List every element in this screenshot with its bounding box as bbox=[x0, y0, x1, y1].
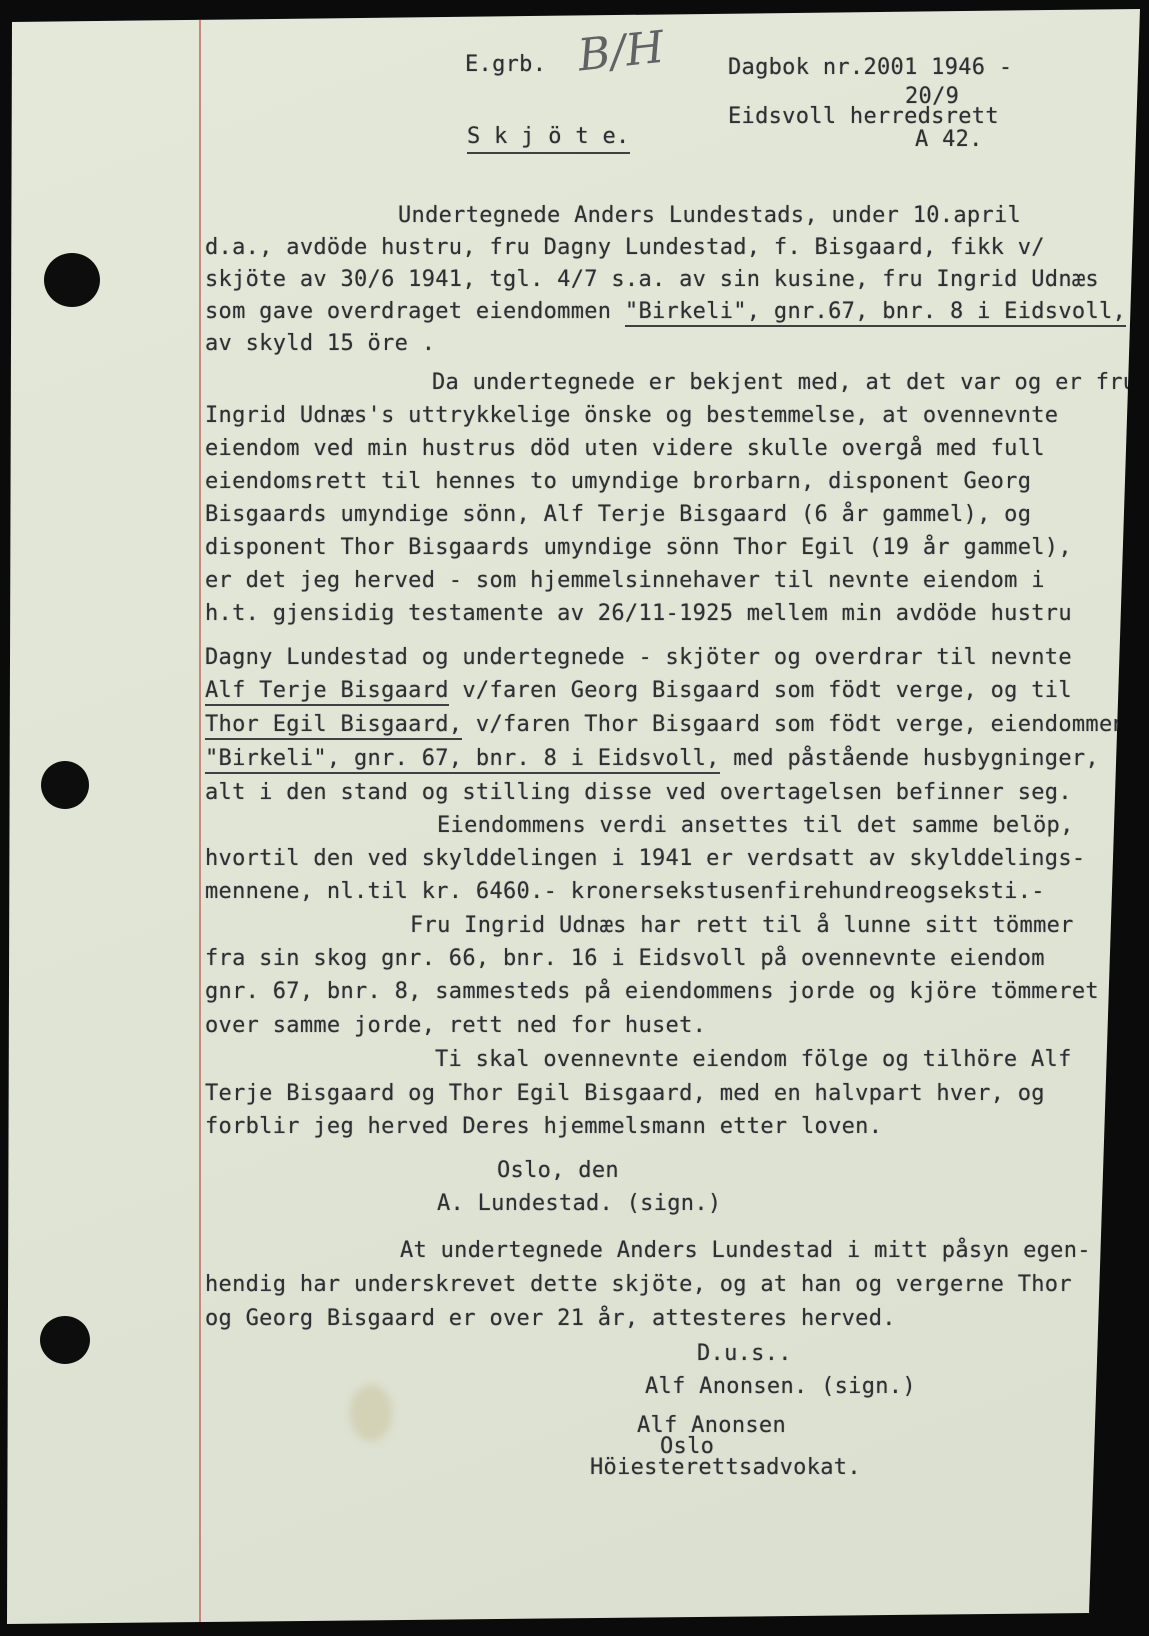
text-line: er det jeg herved - som hjemmelsinnehave… bbox=[205, 568, 1045, 594]
text-line: fra sin skog gnr. 66, bnr. 16 i Eidsvoll… bbox=[205, 946, 1045, 972]
text-line: Ingrid Udnæs's uttrykkelige önske og bes… bbox=[205, 403, 1058, 429]
text-line: D.u.s.. bbox=[697, 1341, 792, 1367]
text-line: av skyld 15 öre . bbox=[205, 331, 435, 357]
text-line: At undertegnede Anders Lundestad i mitt … bbox=[400, 1238, 1091, 1264]
text-segment: Undertegnede Anders Lundestads, under 10… bbox=[398, 203, 1021, 228]
punch-hole bbox=[44, 253, 100, 307]
text-line: Oslo, den bbox=[497, 1158, 619, 1184]
text-line: skjöte av 30/6 1941, tgl. 4/7 s.a. av si… bbox=[205, 267, 1099, 293]
text-line: Bisgaards umyndige sönn, Alf Terje Bisga… bbox=[205, 502, 1031, 528]
text-line: mennene, nl.til kr. 6460.- kronersekstus… bbox=[205, 879, 1045, 905]
text-segment: eiendomsrett til hennes to umyndige bror… bbox=[205, 469, 1031, 494]
text-line: hvortil den ved skylddelingen i 1941 er … bbox=[205, 846, 1085, 872]
text-segment: disponent Thor Bisgaards umyndige sönn T… bbox=[205, 535, 1072, 560]
text-segment: Höiesterettsadvokat. bbox=[590, 1455, 861, 1480]
text-segment: eiendom ved min hustrus död uten videre … bbox=[205, 436, 1045, 461]
text-segment: forblir jeg herved Deres hjemmelsmann et… bbox=[205, 1114, 882, 1139]
text-segment: Terje Bisgaard og Thor Egil Bisgaard, me… bbox=[205, 1081, 1045, 1106]
handwritten-mark: B/H bbox=[576, 22, 667, 82]
text-line: eiendomsrett til hennes to umyndige bror… bbox=[205, 469, 1031, 495]
text-segment: skjöte av 30/6 1941, tgl. 4/7 s.a. av si… bbox=[205, 267, 1099, 292]
text-segment: med påstående husbygninger, bbox=[720, 746, 1099, 771]
text-line: Terje Bisgaard og Thor Egil Bisgaard, me… bbox=[205, 1081, 1045, 1107]
text-line: d.a., avdöde hustru, fru Dagny Lundestad… bbox=[205, 235, 1045, 261]
text-line: A. Lundestad. (sign.) bbox=[437, 1191, 721, 1217]
text-segment: over samme jorde, rett ned for huset. bbox=[205, 1013, 706, 1038]
text-segment: A. Lundestad. (sign.) bbox=[437, 1191, 721, 1216]
text-line: Undertegnede Anders Lundestads, under 10… bbox=[398, 203, 1021, 229]
court-name: Eidsvoll herredsrett bbox=[728, 104, 999, 129]
text-line: hendig har underskrevet dette skjöte, og… bbox=[205, 1272, 1072, 1298]
scanned-document-page: E.grb. B/H Dagbok nr.2001 1946 - 20/9 Ei… bbox=[0, 0, 1149, 1636]
case-reference: A 42. bbox=[915, 127, 983, 152]
punch-hole bbox=[40, 1316, 90, 1364]
punch-hole bbox=[41, 761, 89, 809]
text-line: Alf Terje Bisgaard v/faren Georg Bisgaar… bbox=[205, 678, 1072, 704]
paper-sheet: E.grb. B/H Dagbok nr.2001 1946 - 20/9 Ei… bbox=[0, 0, 1149, 1636]
text-segment: Eiendommens verdi ansettes til det samme… bbox=[437, 813, 1074, 838]
text-segment: v/faren Thor Bisgaard som födt verge, ei… bbox=[462, 712, 1126, 737]
text-line: disponent Thor Bisgaards umyndige sönn T… bbox=[205, 535, 1072, 561]
text-segment: Ingrid Udnæs's uttrykkelige önske og bes… bbox=[205, 403, 1058, 428]
header-egrb-label: E.grb. bbox=[465, 52, 546, 77]
text-line: Fru Ingrid Udnæs har rett til å lunne si… bbox=[410, 913, 1074, 939]
text-segment: Alf Anonsen. (sign.) bbox=[645, 1374, 916, 1399]
text-segment: som gave overdraget eiendommen bbox=[205, 299, 625, 324]
text-line: Da undertegnede er bekjent med, at det v… bbox=[432, 370, 1136, 396]
document-title-text: S k j ö t e. bbox=[467, 124, 630, 154]
text-segment: hendig har underskrevet dette skjöte, og… bbox=[205, 1272, 1072, 1297]
document-title: S k j ö t e. bbox=[467, 124, 630, 149]
red-margin-line bbox=[199, 0, 201, 1636]
text-line: Höiesterettsadvokat. bbox=[590, 1455, 861, 1481]
text-segment: mennene, nl.til kr. 6460.- kronersekstus… bbox=[205, 879, 1045, 904]
underlined-text: "Birkeli", gnr.67, bnr. 8 i Eidsvoll, bbox=[625, 299, 1126, 327]
text-segment: h.t. gjensidig testamente av 26/11-1925 … bbox=[205, 601, 1072, 626]
underlined-text: Alf Terje Bisgaard bbox=[205, 678, 449, 706]
text-segment: gnr. 67, bnr. 8, sammesteds på eiendomme… bbox=[205, 979, 1099, 1004]
paper-stain bbox=[350, 1385, 392, 1441]
text-segment: Oslo, den bbox=[497, 1158, 619, 1183]
text-segment: og Georg Bisgaard er over 21 år, atteste… bbox=[205, 1306, 896, 1331]
text-segment: D.u.s.. bbox=[697, 1341, 792, 1366]
text-segment: hvortil den ved skylddelingen i 1941 er … bbox=[205, 846, 1085, 871]
text-segment: av skyld 15 öre . bbox=[205, 331, 435, 356]
text-line: over samme jorde, rett ned for huset. bbox=[205, 1013, 706, 1039]
text-segment: Ti skal ovennevnte eiendom fölge og tilh… bbox=[435, 1047, 1072, 1072]
underlined-text: Thor Egil Bisgaard, bbox=[205, 712, 462, 740]
text-line: Alf Anonsen. (sign.) bbox=[645, 1374, 916, 1400]
text-line: forblir jeg herved Deres hjemmelsmann et… bbox=[205, 1114, 882, 1140]
text-segment: Dagny Lundestad og undertegnede - skjöte… bbox=[205, 645, 1072, 670]
text-segment: Fru Ingrid Udnæs har rett til å lunne si… bbox=[410, 913, 1074, 938]
text-line: Eiendommens verdi ansettes til det samme… bbox=[437, 813, 1074, 839]
text-segment: v/faren Georg Bisgaard som födt verge, o… bbox=[449, 678, 1072, 703]
text-line: Ti skal ovennevnte eiendom fölge og tilh… bbox=[435, 1047, 1072, 1073]
text-line: gnr. 67, bnr. 8, sammesteds på eiendomme… bbox=[205, 979, 1099, 1005]
text-segment: Da undertegnede er bekjent med, at det v… bbox=[432, 370, 1136, 395]
text-segment: Bisgaards umyndige sönn, Alf Terje Bisga… bbox=[205, 502, 1031, 527]
text-line: som gave overdraget eiendommen "Birkeli"… bbox=[205, 299, 1126, 325]
text-line: eiendom ved min hustrus död uten videre … bbox=[205, 436, 1045, 462]
text-line: og Georg Bisgaard er over 21 år, atteste… bbox=[205, 1306, 896, 1332]
text-segment: At undertegnede Anders Lundestad i mitt … bbox=[400, 1238, 1091, 1263]
text-line: h.t. gjensidig testamente av 26/11-1925 … bbox=[205, 601, 1072, 627]
underlined-text: "Birkeli", gnr. 67, bnr. 8 i Eidsvoll, bbox=[205, 746, 720, 774]
text-segment: fra sin skog gnr. 66, bnr. 16 i Eidsvoll… bbox=[205, 946, 1045, 971]
text-line: Thor Egil Bisgaard, v/faren Thor Bisgaar… bbox=[205, 712, 1126, 738]
text-line: Dagny Lundestad og undertegnede - skjöte… bbox=[205, 645, 1072, 671]
text-line: "Birkeli", gnr. 67, bnr. 8 i Eidsvoll, m… bbox=[205, 746, 1099, 772]
text-segment: er det jeg herved - som hjemmelsinnehave… bbox=[205, 568, 1045, 593]
text-segment: d.a., avdöde hustru, fru Dagny Lundestad… bbox=[205, 235, 1045, 260]
text-segment: alt i den stand og stilling disse ved ov… bbox=[205, 780, 1072, 805]
journal-number: Dagbok nr.2001 1946 - bbox=[728, 55, 1012, 80]
text-line: alt i den stand og stilling disse ved ov… bbox=[205, 780, 1072, 806]
